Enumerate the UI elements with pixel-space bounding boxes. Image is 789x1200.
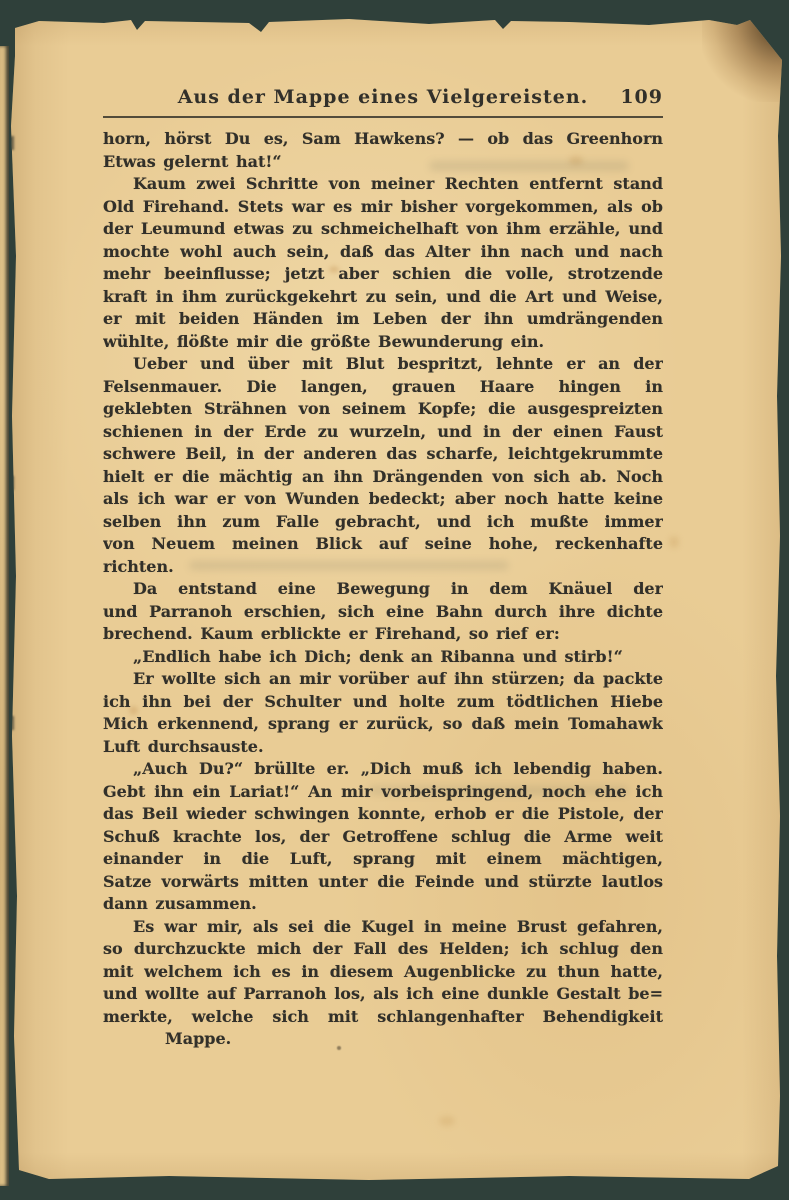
- paragraph: „Auch Du?“ brüllte er. „Dich muß ich leb…: [103, 758, 663, 916]
- text-line: Satze vorwärts mitten unter die Feinde u…: [103, 871, 663, 894]
- text-line: wühlte, flößte mir die größte Bewunderun…: [103, 331, 663, 354]
- text-line: schwere Beil, in der anderen das scharfe…: [103, 443, 663, 466]
- foxing-stain: [439, 1116, 455, 1126]
- text-line: Gebt ihn ein Lariat!“ An mir vorbeisprin…: [103, 781, 663, 804]
- text-line: richten.: [103, 556, 663, 579]
- text-line: „Auch Du?“ brüllte er. „Dich muß ich leb…: [103, 758, 663, 781]
- text-line: so durchzuckte mich der Fall des Helden;…: [103, 938, 663, 961]
- text-line: dann zusammen.: [103, 893, 663, 916]
- text-line: der Leumund etwas zu schmeichelhaft von …: [103, 218, 663, 241]
- text-line: selben ihn zum Falle gebracht, und ich m…: [103, 511, 663, 534]
- text-line: Mich erkennend, sprang er zurück, so daß…: [103, 713, 663, 736]
- header-title: Aus der Mappe eines Vielgereisten.: [178, 86, 589, 108]
- text-line: Etwas gelernt hat!“: [103, 151, 663, 174]
- paragraph: Er wollte sich an mir vorüber auf ihn st…: [103, 668, 663, 758]
- text-line: und Parranoh erschien, sich eine Bahn du…: [103, 601, 663, 624]
- text-block: horn, hörst Du es, Sam Hawkens? — ob das…: [103, 128, 663, 1051]
- text-line: er mit beiden Händen im Leben der ihn um…: [103, 308, 663, 331]
- text-line: und wollte auf Parranoh los, als ich ein…: [103, 983, 663, 1006]
- text-line: kraft in ihm zurückgekehrt zu sein, und …: [103, 286, 663, 309]
- text-line: Schuß krachte los, der Getroffene schlug…: [103, 826, 663, 849]
- corner-burn-stain: [702, 16, 782, 102]
- paragraph: Ueber und über mit Blut bespritzt, lehnt…: [103, 353, 663, 578]
- binding-mark: [9, 476, 14, 490]
- binding-mark: [9, 136, 14, 150]
- text-line: hielt er die mächtig an ihn Drängenden v…: [103, 466, 663, 489]
- text-line: Er wollte sich an mir vorüber auf ihn st…: [103, 668, 663, 691]
- text-line: merkte, welche sich mit schlangenhafter …: [103, 1006, 663, 1029]
- under-sheet-page-edge: [0, 46, 9, 1186]
- binding-mark: [9, 716, 14, 730]
- text-line: ich ihn bei der Schulter und holte zum t…: [103, 691, 663, 714]
- text-line: einander in die Luft, sprang mit einem m…: [103, 848, 663, 871]
- text-line: Luft durchsauste.: [103, 736, 663, 759]
- text-line: von Neuem meinen Blick auf seine hohe, r…: [103, 533, 663, 556]
- text-line: mit welchem ich es in diesem Augenblicke…: [103, 961, 663, 984]
- text-line: mehr beeinflusse; jetzt aber schien die …: [103, 263, 663, 286]
- text-line: Da entstand eine Bewegung in dem Knäuel …: [103, 578, 663, 601]
- paragraph: Da entstand eine Bewegung in dem Knäuel …: [103, 578, 663, 646]
- text-line: Ueber und über mit Blut bespritzt, lehnt…: [103, 353, 663, 376]
- text-line: Es war mir, als sei die Kugel in meine B…: [103, 916, 663, 939]
- text-line: geklebten Strähnen von seinem Kopfe; die…: [103, 398, 663, 421]
- paragraph: Kaum zwei Schritte von meiner Rechten en…: [103, 173, 663, 353]
- text-line: „Endlich habe ich Dich; denk an Ribanna …: [103, 646, 663, 669]
- text-line: schienen in der Erde zu wurzeln, und in …: [103, 421, 663, 444]
- binding-mark: [9, 976, 14, 990]
- text-line: Old Firehand. Stets war es mir bisher vo…: [103, 196, 663, 219]
- paragraph: Es war mir, als sei die Kugel in meine B…: [103, 916, 663, 1029]
- paragraph: horn, hörst Du es, Sam Hawkens? — ob das…: [103, 128, 663, 173]
- header-rule: [103, 116, 663, 118]
- text-line: Kaum zwei Schritte von meiner Rechten en…: [103, 173, 663, 196]
- signature-catchword: Mappe.: [165, 1028, 663, 1051]
- text-line: als ich war er von Wunden bedeckt; aber …: [103, 488, 663, 511]
- text-line: Felsenmauer. Die langen, grauen Haare hi…: [103, 376, 663, 399]
- page-number: 109: [620, 86, 663, 108]
- text-line: das Beil wieder schwingen konnte, erhob …: [103, 803, 663, 826]
- text-line: horn, hörst Du es, Sam Hawkens? — ob das…: [103, 128, 663, 151]
- running-header: Aus der Mappe eines Vielgereisten. 109: [103, 86, 663, 112]
- text-line: mochte wohl auch sein, daß das Alter ihn…: [103, 241, 663, 264]
- paragraph: „Endlich habe ich Dich; denk an Ribanna …: [103, 646, 663, 669]
- text-line: brechend. Kaum erblickte er Firehand, so…: [103, 623, 663, 646]
- book-page-scan: Aus der Mappe eines Vielgereisten. 109 h…: [9, 16, 782, 1186]
- foxing-stain: [669, 536, 679, 548]
